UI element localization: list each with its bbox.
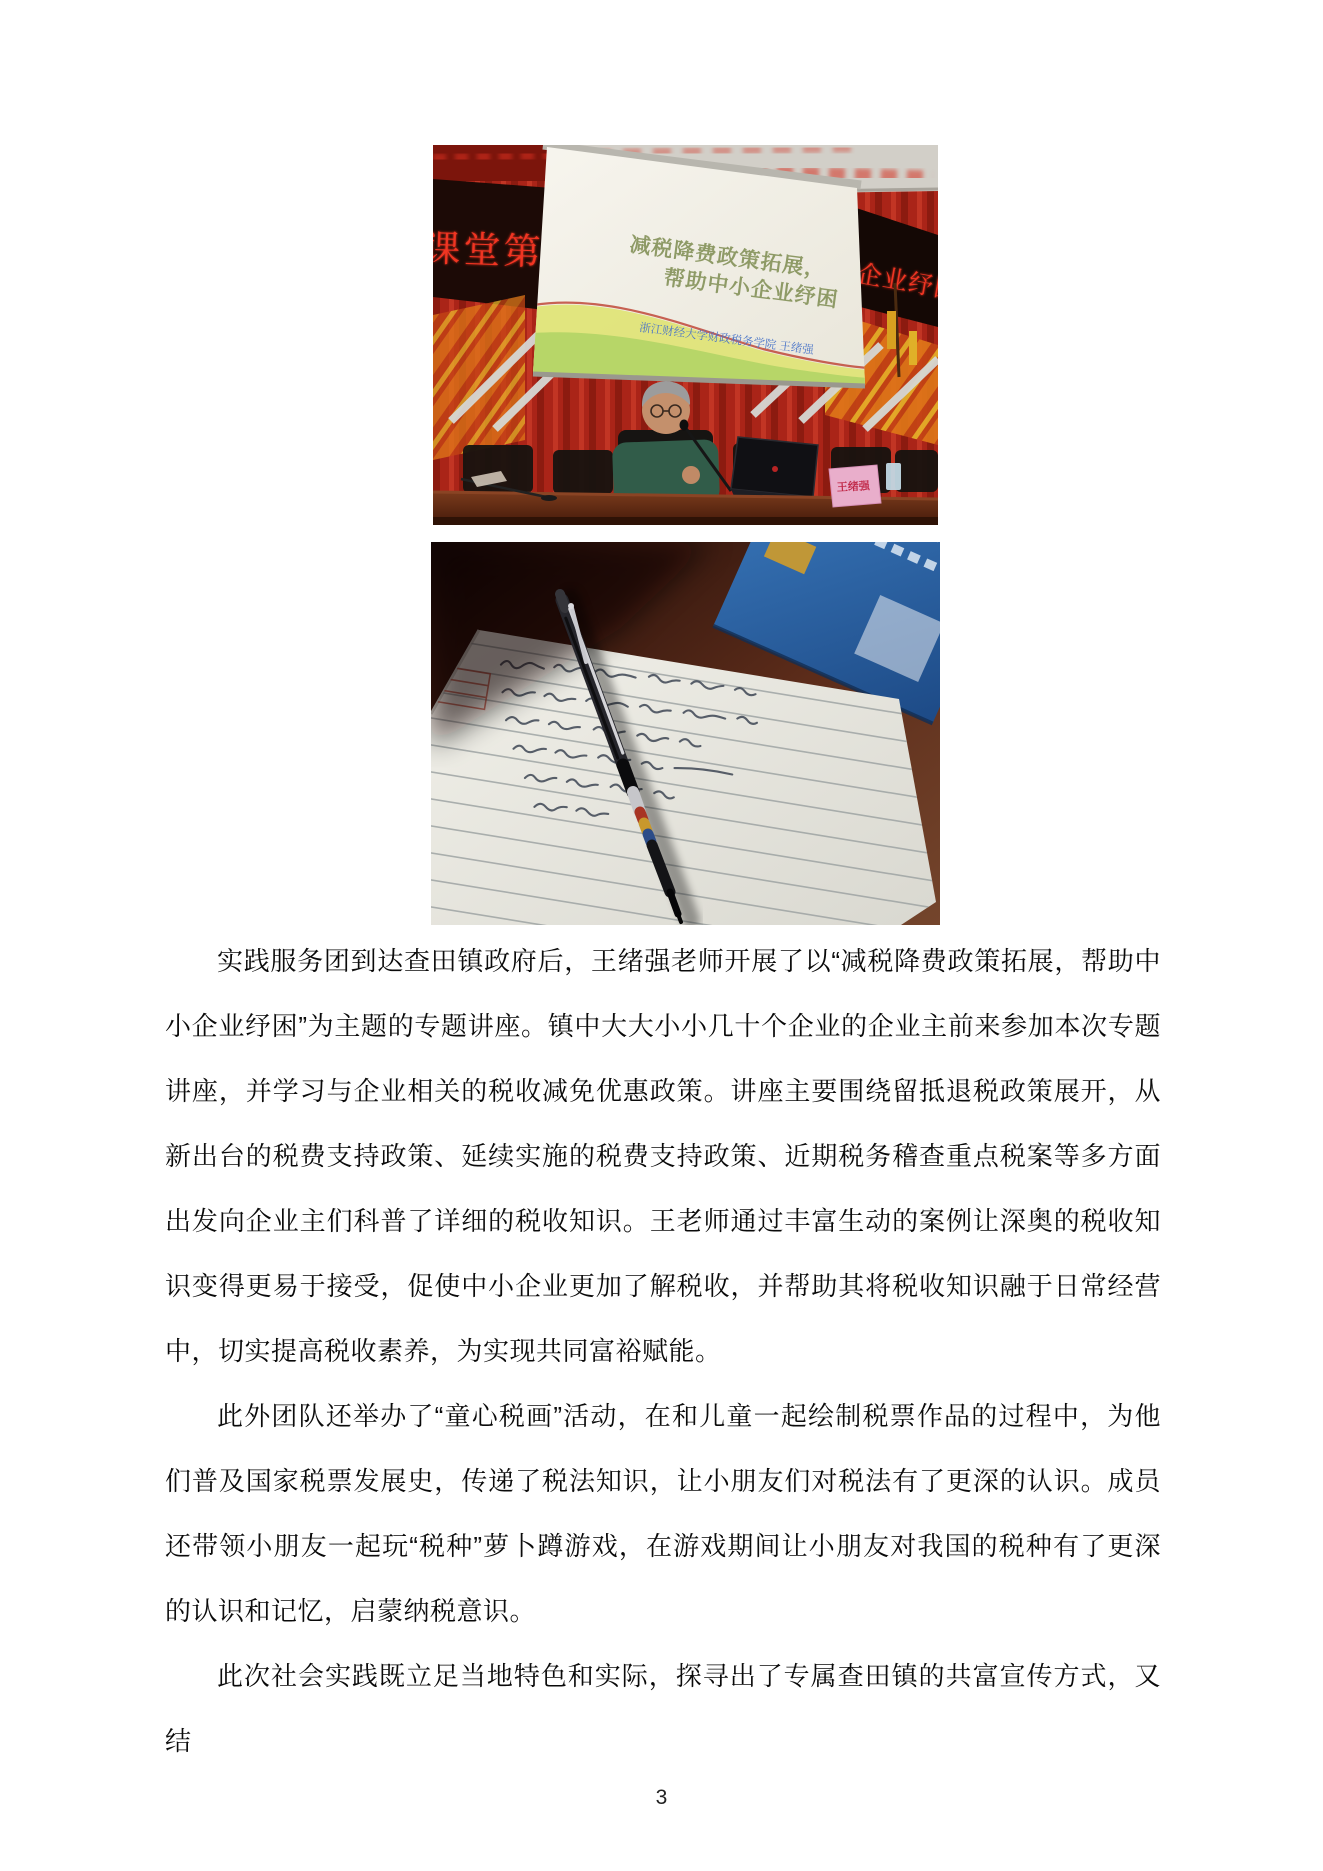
paragraph-1: 实践服务团到达查田镇政府后，王绪强老师开展了以“减税降费政策拓展，帮助中小企业纾… <box>165 929 1161 1384</box>
paragraph-2: 此外团队还举办了“童心税画”活动，在和儿童一起绘制税票作品的过程中，为他们普及国… <box>165 1384 1161 1644</box>
tassel <box>887 311 896 349</box>
document-page: 课堂第四 小企业纾困 <box>0 0 1323 1871</box>
lecture-photo: 课堂第四 小企业纾困 <box>433 145 938 525</box>
cup <box>886 463 901 490</box>
notebook-photo <box>431 542 940 925</box>
notebook-photo-graphic <box>431 542 940 925</box>
lecture-photo-graphic: 课堂第四 小企业纾困 <box>433 145 938 525</box>
body-text: 实践服务团到达查田镇政府后，王绪强老师开展了以“减税降费政策拓展，帮助中小企业纾… <box>165 929 1161 1774</box>
page-number: 3 <box>0 1786 1323 1810</box>
paragraph-3: 此次社会实践既立足当地特色和实际，探寻出了专属查田镇的共富宣传方式，又结 <box>165 1644 1161 1774</box>
